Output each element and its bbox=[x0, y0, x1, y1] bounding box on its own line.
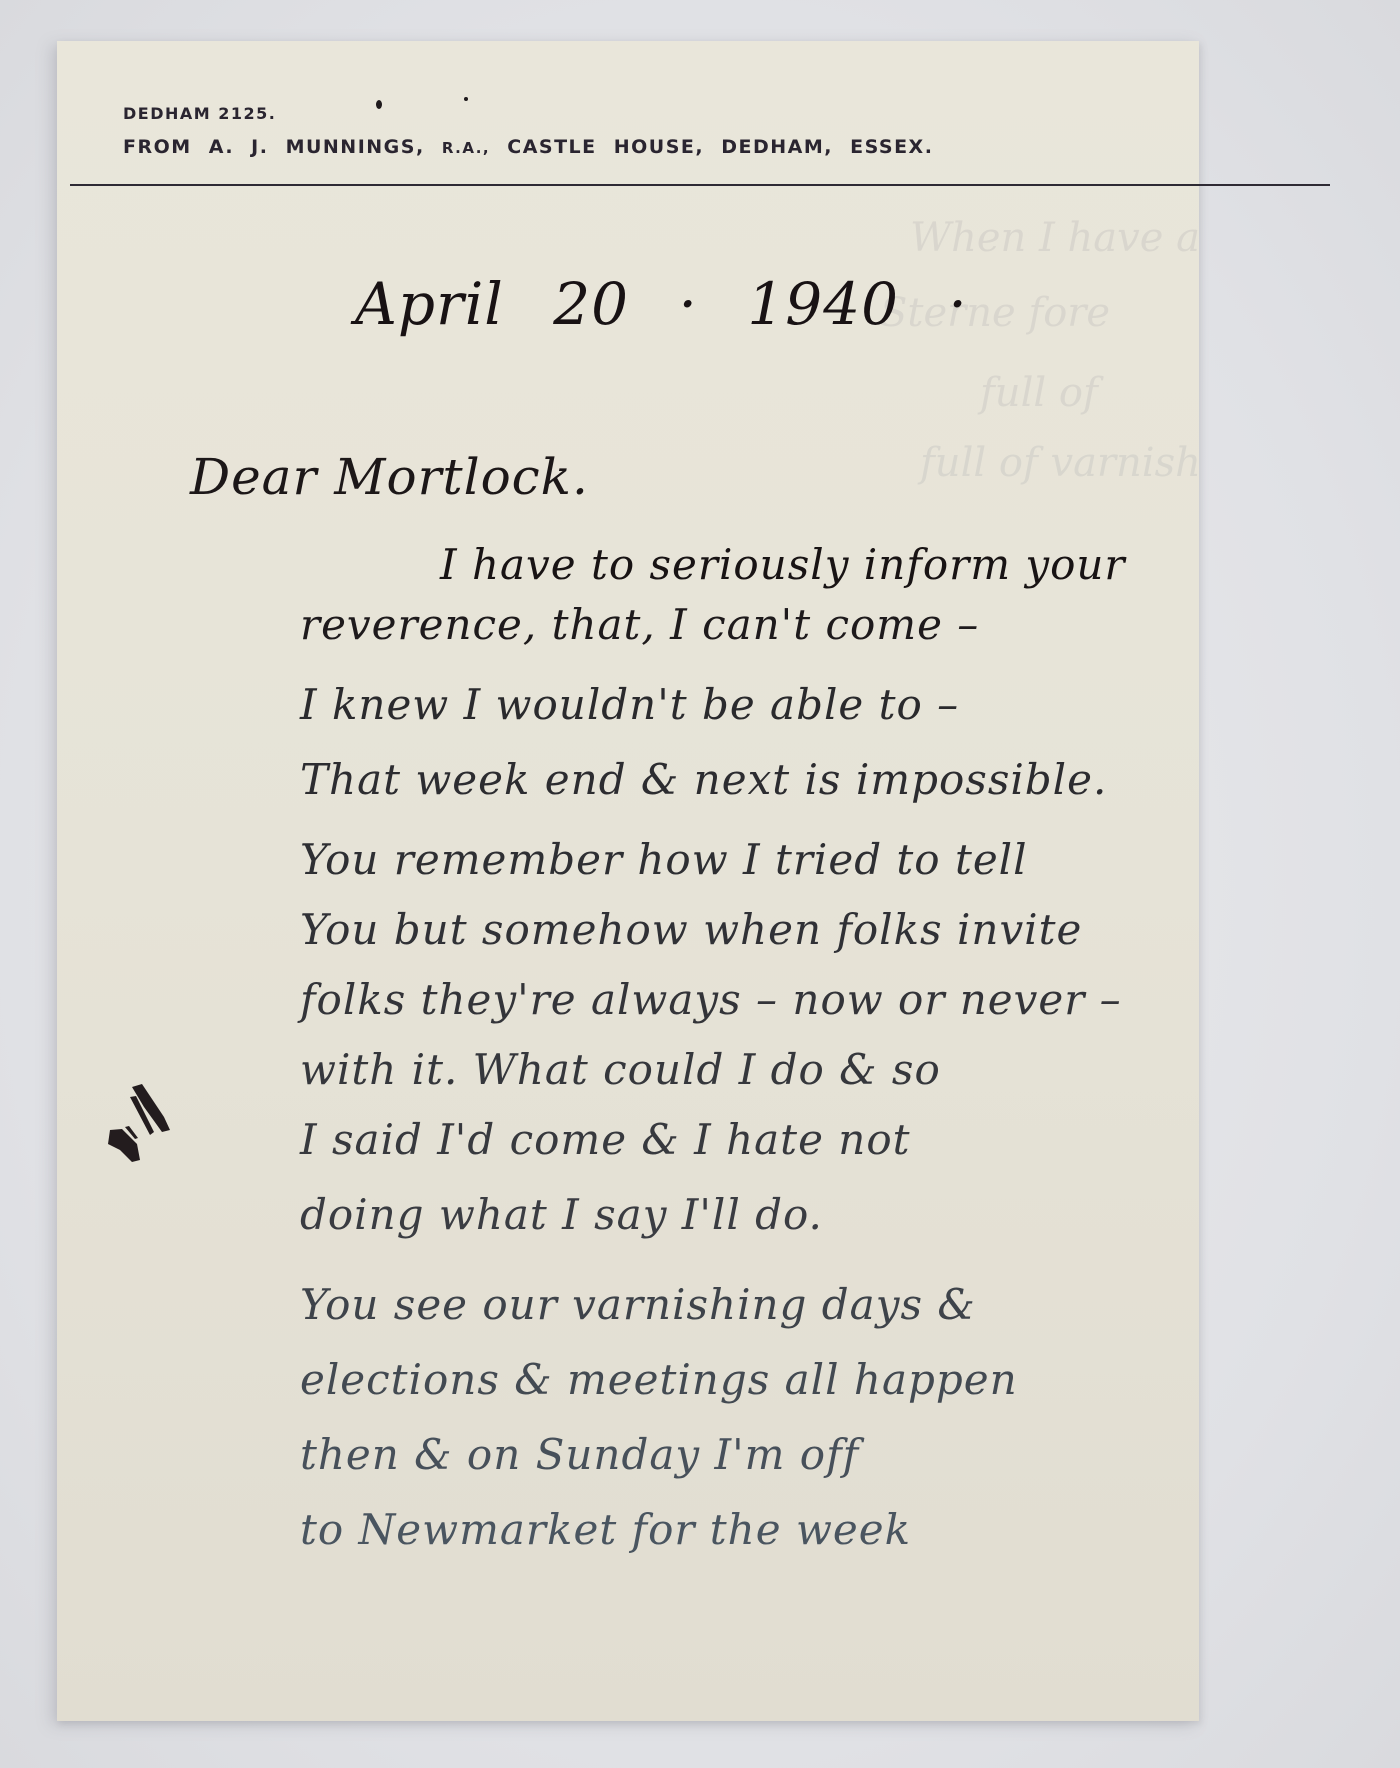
letter-body-line: folks they're always – now or never – bbox=[300, 975, 1122, 1024]
show-through-line: full of varnish bbox=[920, 440, 1201, 486]
letter-body-line: reverence, that, I can't come – bbox=[300, 600, 979, 649]
letterhead-house: CASTLE HOUSE, DEDHAM, ESSEX. bbox=[507, 136, 933, 158]
letterhead-honorific: R.A., bbox=[442, 139, 490, 157]
ink-blot-mark bbox=[92, 1072, 182, 1162]
letter-body-line: You remember how I tried to tell bbox=[300, 835, 1028, 884]
letter-body-line: then & on Sunday I'm off bbox=[300, 1430, 859, 1479]
letter-date: April 20 · 1940 · bbox=[355, 270, 968, 338]
letterhead-from: FROM A. J. MUNNINGS, bbox=[123, 136, 425, 158]
letterhead-phone: DEDHAM 2125. bbox=[123, 104, 276, 123]
show-through-line: When I have a bbox=[910, 215, 1200, 261]
show-through-line: full of bbox=[980, 370, 1098, 416]
letter-salutation: Dear Mortlock. bbox=[190, 448, 589, 506]
letterhead-address: FROM A. J. MUNNINGS, R.A., CASTLE HOUSE,… bbox=[123, 136, 933, 158]
ink-speck bbox=[376, 100, 382, 109]
letter-body-line: I said I'd come & I hate not bbox=[300, 1115, 910, 1164]
letter-body-line: You see our varnishing days & bbox=[300, 1280, 976, 1329]
letter-body-line: doing what I say I'll do. bbox=[300, 1190, 823, 1239]
letterhead-rule bbox=[70, 184, 1330, 186]
letter-body-line: to Newmarket for the week bbox=[300, 1505, 911, 1554]
letter-body-line: I knew I wouldn't be able to – bbox=[300, 680, 959, 729]
letter-body-line: That week end & next is impossible. bbox=[300, 755, 1107, 804]
letter-body-line: elections & meetings all happen bbox=[300, 1355, 1018, 1404]
letter-body-line: with it. What could I do & so bbox=[300, 1045, 941, 1094]
letter-body-line: You but somehow when folks invite bbox=[300, 905, 1082, 954]
ink-speck bbox=[464, 97, 468, 101]
letter-body-line: I have to seriously inform your bbox=[440, 540, 1126, 589]
